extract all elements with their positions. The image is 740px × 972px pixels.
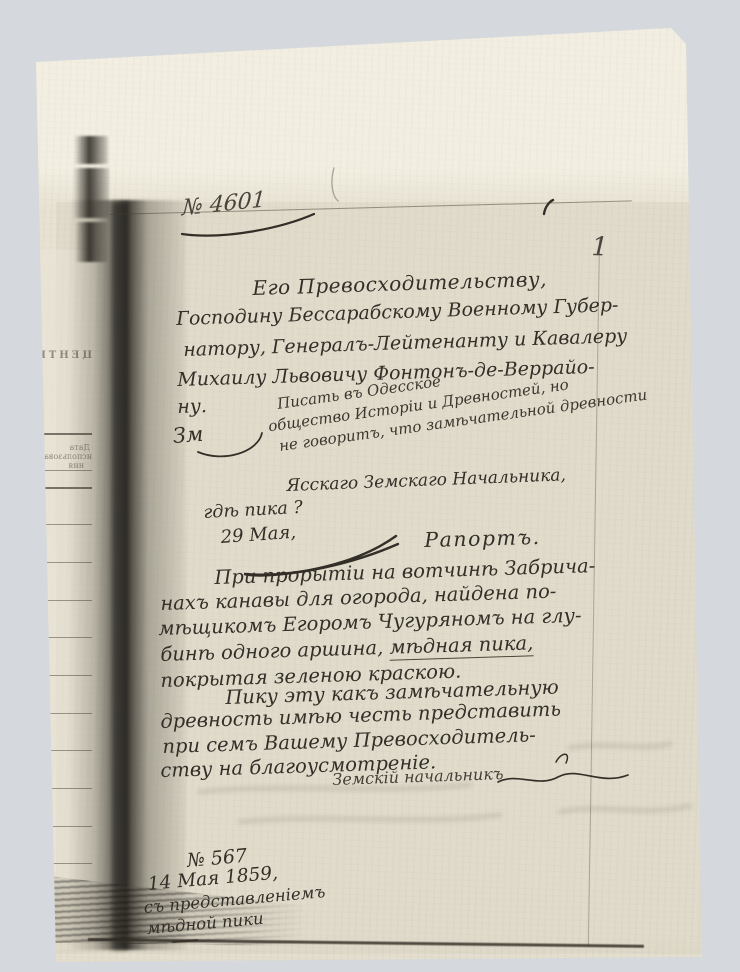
underlined-phrase: мѣдная пика, [389,631,534,661]
report-title: Рапортъ. [424,525,541,552]
margin-mark: Зм [172,422,204,448]
binding-gutter-core [112,202,128,950]
address-line: ну. [177,395,207,418]
page-number: 1 [591,232,609,263]
document-paper: ЦЕНТР Дата использова- ния № 4601 1 Его … [0,0,740,972]
gutter-smudge [75,222,107,262]
photo-of-archival-document: ЦЕНТР Дата использова- ния № 4601 1 Его … [0,0,740,972]
gutter-smudge [73,168,109,218]
gutter-smudge [74,136,108,164]
